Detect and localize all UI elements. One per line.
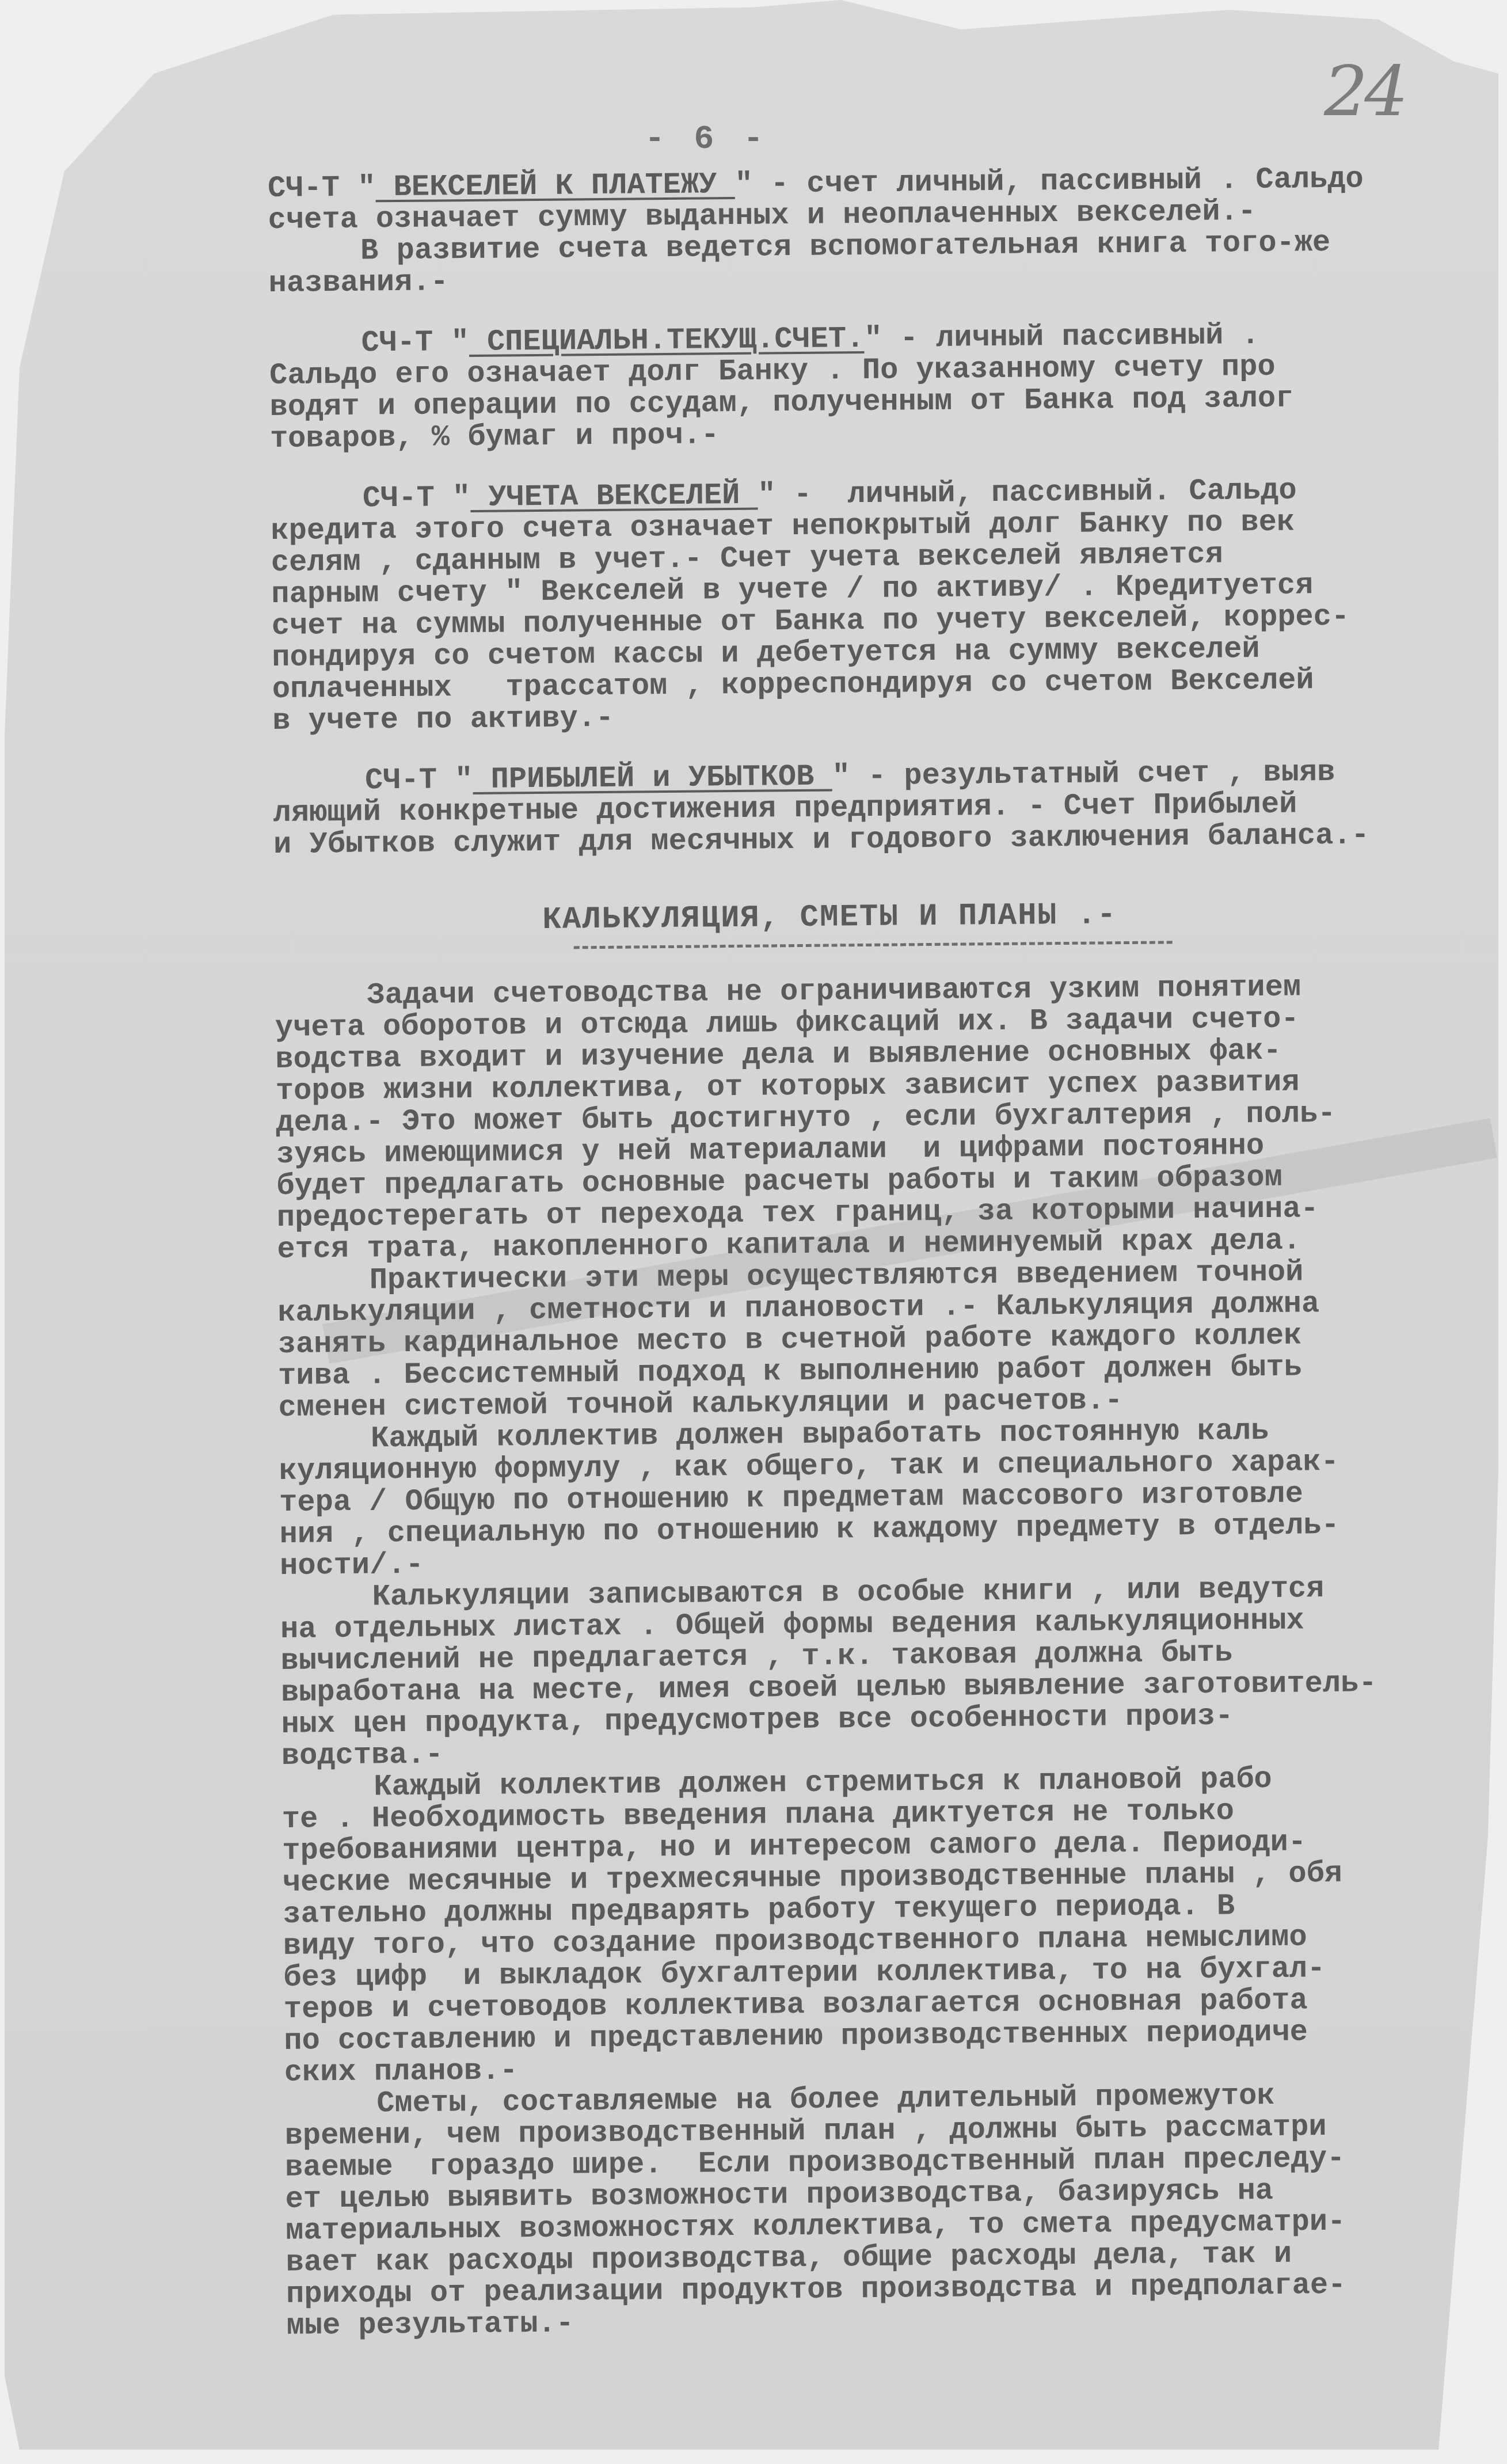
typewritten-body: СЧ-Т " ВЕКСЕЛЕЙ К ПЛАТЕЖУ " - счет личны… [268, 162, 1507, 2341]
account-name: ПРИБЫЛЕЙ и УБЫТКОВ [473, 759, 832, 796]
section-discounted-bills: СЧ-Т " УЧЕТА ВЕКСЕЛЕЙ " - личный, пассив… [271, 473, 1493, 736]
paragraph-estimates: Сметы, составляемые на более длительный … [284, 2078, 1507, 2341]
account-name: УЧЕТА ВЕКСЕЛЕЙ [470, 478, 758, 515]
paragraph-calculations-recorded: Калькуляции записываются в особые книги … [280, 1571, 1502, 1771]
paragraph-planning: Каждый коллектив должен стремиться к пла… [281, 1761, 1505, 2088]
account-prefix: СЧ-Т " [363, 481, 471, 516]
section-special-current: СЧ-Т " СПЕЦИАЛЬН.ТЕКУЩ.СЧЕТ." - личный п… [269, 317, 1490, 454]
account-prefix: СЧ-Т " [361, 325, 469, 360]
account-prefix: СЧ-Т " [268, 170, 376, 206]
section-bills-payable: СЧ-Т " ВЕКСЕЛЕЙ К ПЛАТЕЖУ " - счет личны… [268, 162, 1489, 299]
body-paragraphs: Задачи счетоводства не ограничиваются уз… [275, 969, 1507, 2341]
account-description: " - счет личный, пассивный . Сальдо [735, 162, 1364, 201]
account-sections: СЧ-Т " ВЕКСЕЛЕЙ К ПЛАТЕЖУ " - счет личны… [268, 162, 1494, 860]
page-number: - 6 - [645, 121, 768, 158]
account-name: ВЕКСЕЛЕЙ К ПЛАТЕЖУ [375, 168, 735, 204]
paragraph-tasks: Задачи счетоводства не ограничиваются уз… [275, 969, 1497, 1265]
section-profit-loss: СЧ-Т " ПРИБЫЛЕЙ и УБЫТКОВ " - результатн… [273, 755, 1494, 860]
paragraph-practically: Практически эти меры осуществляются введ… [277, 1254, 1499, 1423]
handwritten-folio-number: 24 [1324, 52, 1405, 132]
account-prefix: СЧ-Т " [365, 763, 473, 798]
paragraph-each-collective-formula: Каждый коллектив должен выработать посто… [279, 1413, 1500, 1581]
